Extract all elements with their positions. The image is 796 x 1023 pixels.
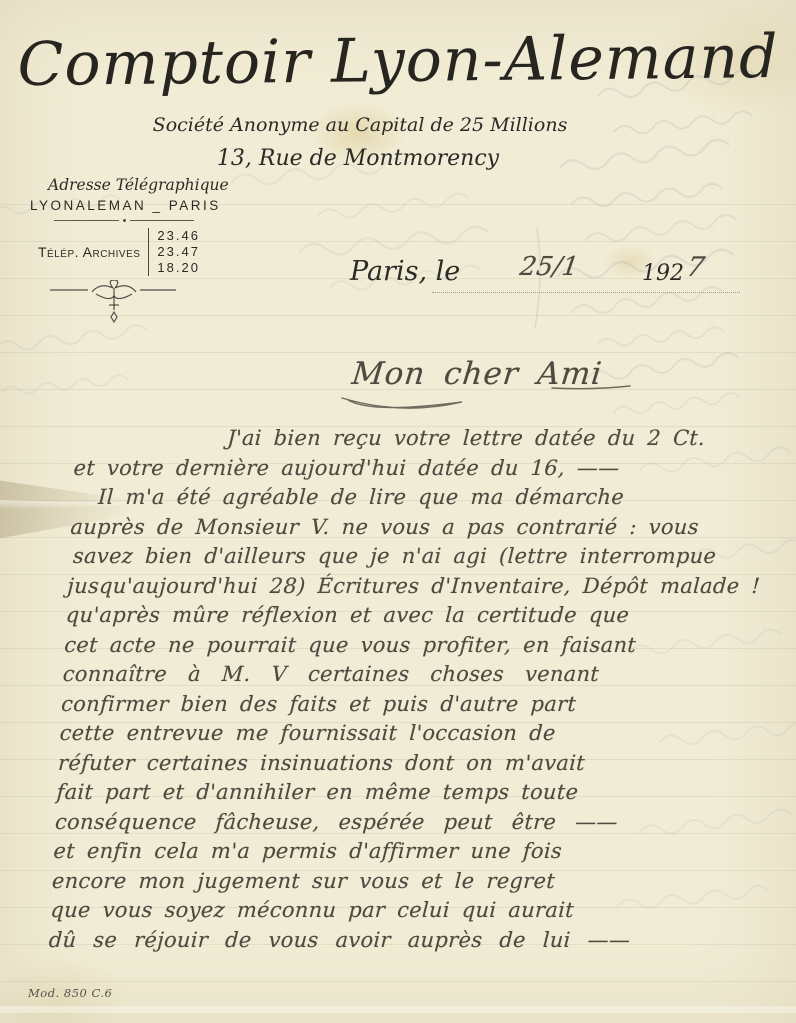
company-address: 13, Rue de Montmorency	[0, 146, 756, 171]
handwritten-line: cette entrevue me fournissait l'occasion…	[59, 719, 761, 749]
telegraph-address: LYONALEMAN _ PARIS	[30, 198, 250, 213]
telegraph-block: Adresse Télégraphique LYONALEMAN _ PARIS…	[30, 176, 250, 336]
form-number: Mod. 850 C.6	[28, 986, 112, 1000]
letter-page: Comptoir Lyon-Alemand Société Anonyme au…	[0, 0, 796, 1023]
handwritten-line: dû se réjouir de vous avoir auprès de lu…	[48, 926, 750, 956]
phone-block: Télép. Archives 23.46 23.47 18.20	[38, 228, 250, 276]
handwritten-line: réfuter certaines insinuations dont on m…	[57, 749, 759, 779]
handwritten-line: conséquence fâcheuse, espérée peut être …	[54, 808, 756, 838]
fleuron-ornament-icon	[48, 280, 250, 336]
dateline: Paris, le 25/1 192 7	[350, 252, 770, 312]
handwritten-line: fait part et d'annihiler en même temps t…	[56, 778, 758, 808]
handwritten-year-digit: 7	[684, 252, 707, 283]
handwritten-line: que vous soyez méconnu par celui qui aur…	[50, 896, 752, 926]
phone-number: 18.20	[157, 260, 200, 276]
salutation: Mon cher Ami	[350, 356, 604, 392]
telegraph-label: Adresse Télégraphique	[30, 176, 250, 194]
handwritten-date: 25/1	[518, 252, 581, 282]
company-name: Comptoir Lyon-Alemand	[0, 22, 796, 100]
printed-year: 192	[642, 261, 684, 286]
handwritten-line: savez bien d'ailleurs que je n'ai agi (l…	[68, 542, 770, 572]
phone-number: 23.46	[157, 228, 200, 244]
handwritten-line: auprès de Monsieur V. ne vous a pas cont…	[70, 513, 772, 543]
dateline-prefix: Paris, le	[350, 256, 460, 287]
company-subtitle: Société Anonyme au Capital de 25 Million…	[0, 114, 758, 136]
phone-number: 23.47	[157, 244, 200, 260]
handwritten-line: confirmer bien des faits et puis d'autre…	[60, 690, 762, 720]
handwritten-line: J'ai bien reçu votre lettre datée du 2 C…	[74, 424, 776, 454]
letter-body: J'ai bien reçu votre lettre datée du 2 C…	[48, 424, 776, 955]
handwritten-line: jusqu'aujourd'hui 28) Écritures d'Invent…	[67, 572, 769, 602]
paper-bottom-edge	[0, 1006, 796, 1013]
phone-numbers: 23.46 23.47 18.20	[148, 228, 200, 276]
handwritten-line: connaître à M. V certaines choses venant	[62, 660, 764, 690]
handwritten-line: encore mon jugement sur vous et le regre…	[51, 867, 753, 897]
handwritten-line: qu'après mûre réflexion et avec la certi…	[65, 601, 767, 631]
divider-ornament	[54, 219, 194, 222]
handwritten-line: et votre dernière aujourd'hui datée du 1…	[73, 454, 775, 484]
handwritten-line: Il m'a été agréable de lire que ma démar…	[71, 483, 773, 513]
phone-label: Télép. Archives	[38, 244, 140, 260]
handwritten-line: et enfin cela m'a permis d'affirmer une …	[53, 837, 755, 867]
dateline-dotted-rule	[432, 292, 740, 293]
handwritten-line: cet acte ne pourrait que vous profiter, …	[64, 631, 766, 661]
